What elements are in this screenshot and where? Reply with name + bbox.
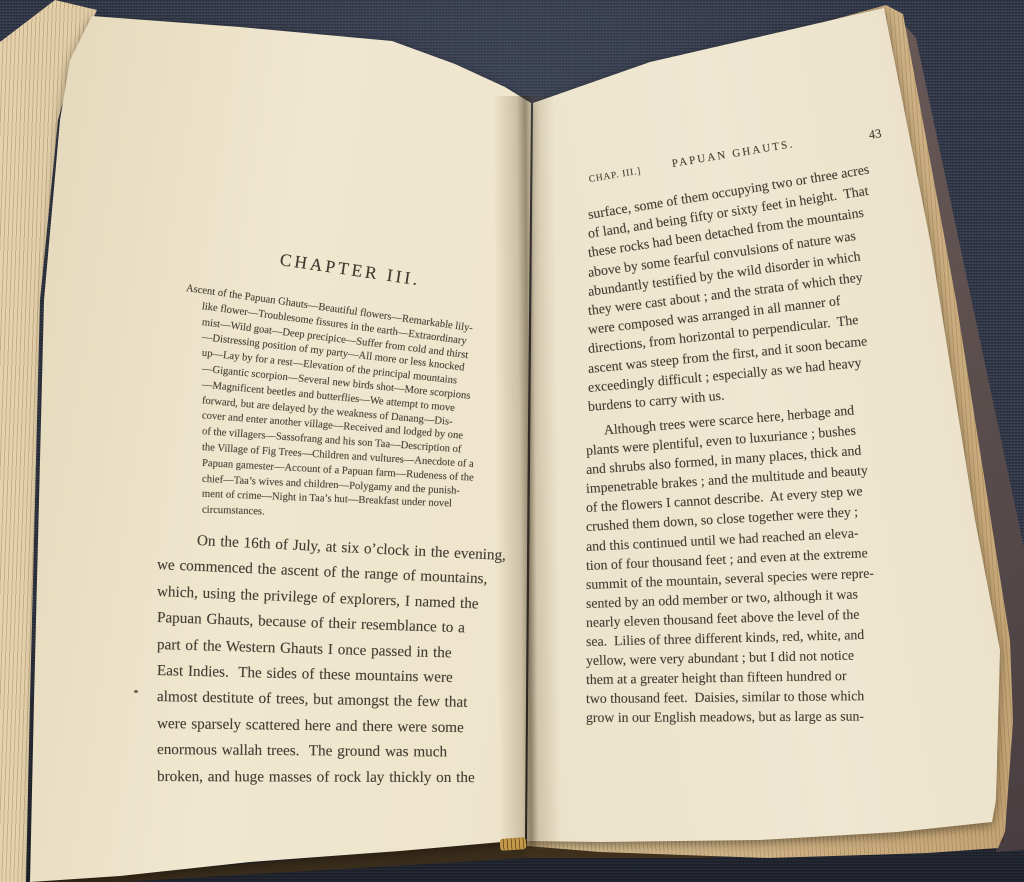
text-line: grow in our English meadows, but as larg… <box>586 707 874 728</box>
chapter-summary: Ascent of the Papuan Ghauts—Beautiful fl… <box>186 281 476 518</box>
right-page-paragraph-2: Although trees were scarce here, herbage… <box>586 422 874 728</box>
text-line: broken, and huge masses of rock lay thic… <box>157 764 506 792</box>
text-line: two thousand feet. Daisies, similar to t… <box>586 686 874 708</box>
spine-headband <box>500 837 527 851</box>
right-page-paragraph-1: surface, some of them occupying two or t… <box>588 205 873 416</box>
photo-of-open-book: { "book": { "left_page": { "chapter_head… <box>0 0 1024 882</box>
page-blemish <box>134 690 138 693</box>
text-line: enormous wallah trees. The ground was mu… <box>157 737 507 766</box>
page-number: 43 <box>868 126 883 143</box>
left-page-body: On the 16th of July, at six o’clock in t… <box>157 526 506 790</box>
